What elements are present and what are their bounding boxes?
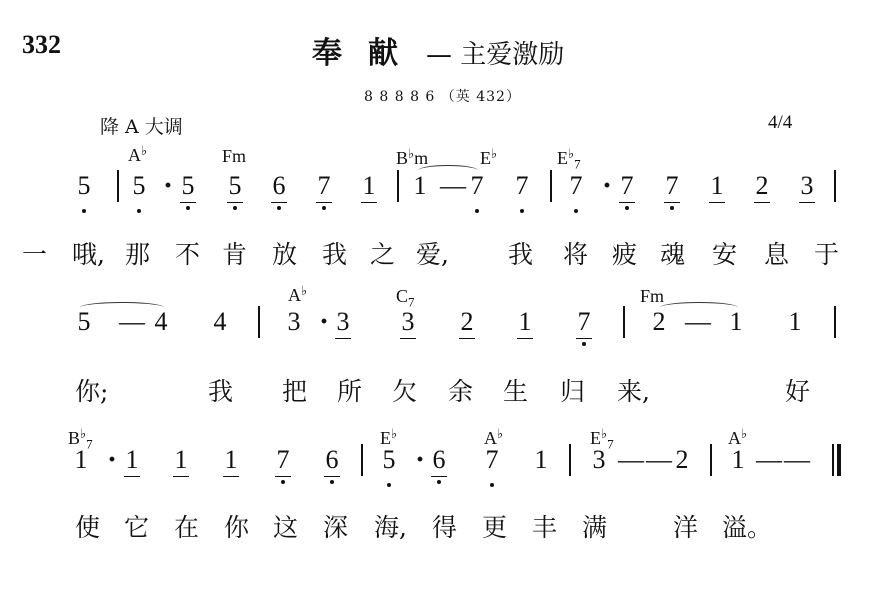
lyric-syllable: 欠	[392, 372, 417, 408]
hymn-subtitle: — 主爱激励	[426, 34, 564, 71]
lyric-syllable: 这	[273, 508, 298, 544]
hymn-number: 332	[22, 30, 61, 60]
chord-symbol: E♭7	[557, 146, 581, 173]
line1-note: 2	[751, 172, 773, 200]
line3-note: 6	[321, 446, 343, 474]
lyric-syllable: 它	[124, 508, 149, 544]
chord-symbol: A♭	[728, 426, 747, 449]
line1-note: 1	[706, 172, 728, 200]
lyric-syllable: 我	[208, 372, 233, 408]
line3-note: 1	[220, 446, 242, 474]
line1-note: 7	[565, 172, 587, 200]
line2-note: 3	[332, 308, 354, 336]
augmentation-dot: ·	[101, 446, 123, 474]
chord-symbol: E♭7	[590, 426, 614, 453]
lyric-syllable: 你;	[75, 372, 108, 408]
chord-symbol: C7	[396, 286, 415, 311]
lyric-syllable: 我	[508, 235, 533, 271]
lyric-syllable: 余	[448, 372, 473, 408]
line3-note: 7	[481, 446, 503, 474]
line1-note: 7	[466, 172, 488, 200]
meter-info: 8 8 8 8 6 （英 432）	[364, 86, 521, 106]
line2-note: 4	[209, 308, 231, 336]
line1-note: 3	[796, 172, 818, 200]
chord-symbol: E♭	[380, 426, 397, 449]
line2-note: 2	[456, 308, 478, 336]
line2-note: 3	[283, 308, 305, 336]
line3-note: 7	[272, 446, 294, 474]
barline	[258, 306, 260, 338]
line3-note: 1	[530, 446, 552, 474]
augmentation-dot: ·	[596, 172, 618, 200]
line3-note: 2	[671, 446, 693, 474]
lyric-syllable: 丰	[532, 508, 557, 544]
line3-note: 5	[378, 446, 400, 474]
line1-note: 7	[616, 172, 638, 200]
sustain-dash: —	[646, 446, 668, 474]
lyric-syllable: 我	[322, 235, 347, 271]
lyric-syllable: 把	[282, 372, 307, 408]
sustain-dash: —	[756, 446, 778, 474]
line2-note: 1	[784, 308, 806, 336]
chord-symbol: E♭	[480, 146, 497, 169]
lyric-syllable: 于	[814, 235, 839, 271]
barline	[834, 306, 836, 338]
lyric-syllable: 安	[712, 235, 737, 271]
chord-symbol: A♭	[288, 283, 307, 306]
barline	[117, 170, 119, 202]
lyric-syllable: 归	[560, 372, 585, 408]
key-signature: 降 A 大调	[100, 112, 183, 139]
time-signature: 4/4	[768, 112, 792, 134]
lyric-syllable: 更	[482, 508, 507, 544]
lyric-syllable: 息	[764, 235, 789, 271]
lyric-syllable: 溢。	[722, 508, 772, 544]
line1-note: 5	[177, 172, 199, 200]
lyric-syllable: 不	[175, 235, 200, 271]
barline	[623, 306, 625, 338]
line1-note: 5	[73, 172, 95, 200]
lyric-syllable: 好	[785, 372, 810, 408]
lyric-syllable: 洋	[673, 508, 698, 544]
lyric-syllable: 满	[582, 508, 607, 544]
chord-symbol: A♭	[128, 143, 147, 166]
final-barline	[832, 444, 841, 476]
lyric-syllable: 一	[22, 235, 47, 271]
lyric-syllable: 肯	[222, 235, 247, 271]
lyric-syllable: 疲	[612, 235, 637, 271]
lyric-syllable: 得	[432, 508, 457, 544]
line2-note: 3	[397, 308, 419, 336]
lyric-syllable: 在	[174, 508, 199, 544]
line1-note: 1	[358, 172, 380, 200]
chord-symbol: Fm	[640, 286, 664, 307]
lyric-syllable: 那	[125, 235, 150, 271]
augmentation-dot: ·	[157, 172, 179, 200]
barline	[397, 170, 399, 202]
lyric-syllable: 使	[75, 508, 100, 544]
sustain-dash: —	[784, 446, 806, 474]
lyric-syllable: 所	[337, 372, 362, 408]
lyric-syllable: 之	[370, 235, 395, 271]
lyric-syllable: 哦,	[72, 235, 105, 271]
line1-note: 5	[224, 172, 246, 200]
chord-symbol: A♭	[484, 426, 503, 449]
chord-symbol: B♭7	[68, 426, 93, 453]
line1-note: 7	[313, 172, 335, 200]
line3-note: 1	[170, 446, 192, 474]
chord-symbol: B♭m	[396, 146, 428, 169]
line3-note: 6	[428, 446, 450, 474]
line1-note: 7	[511, 172, 533, 200]
sustain-dash: —	[440, 172, 462, 200]
line1-note: 5	[128, 172, 150, 200]
lyric-syllable: 你	[224, 508, 249, 544]
barline	[834, 170, 836, 202]
lyric-syllable: 将	[563, 235, 588, 271]
line3-note: 1	[121, 446, 143, 474]
lyric-syllable: 来,	[617, 372, 650, 408]
chord-symbol: Fm	[222, 146, 246, 167]
barline	[550, 170, 552, 202]
tie	[80, 302, 164, 313]
tie	[660, 302, 738, 313]
line2-note: 7	[573, 308, 595, 336]
barline	[361, 444, 363, 476]
lyric-syllable: 生	[503, 372, 528, 408]
line1-note: 1	[409, 172, 431, 200]
lyric-syllable: 海,	[374, 508, 407, 544]
line1-note: 6	[268, 172, 290, 200]
lyric-syllable: 魂	[660, 235, 685, 271]
hymn-title: 奉献	[312, 28, 424, 72]
sustain-dash: —	[618, 446, 640, 474]
lyric-syllable: 放	[272, 235, 297, 271]
barline	[569, 444, 571, 476]
line1-note: 7	[661, 172, 683, 200]
lyric-syllable: 深	[323, 508, 348, 544]
barline	[710, 444, 712, 476]
line2-note: 1	[514, 308, 536, 336]
lyric-syllable: 爱,	[416, 235, 449, 271]
line3-note: 1	[727, 446, 749, 474]
